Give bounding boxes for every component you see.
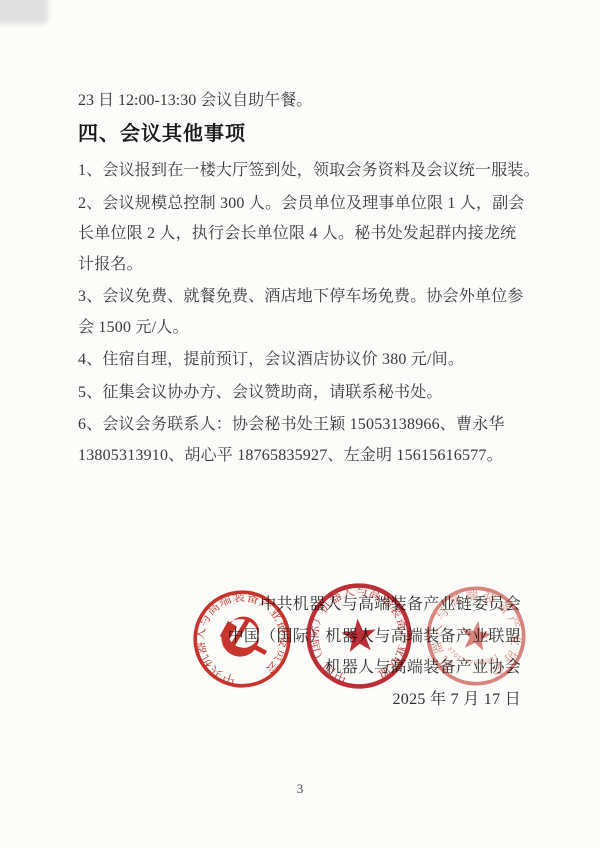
body-line: 5、征集会议协办方、会议赞助商，请联系秘书处。 xyxy=(78,378,544,409)
document-body: 23 日 12:00-13:30 会议自助午餐。 四、会议其他事项 1、会议报到… xyxy=(78,88,544,473)
body-line: 长单位限 2 人，执行会长单位限 4 人。秘书处发起群内接龙统 xyxy=(78,219,544,250)
body-line: 2、会议规模总控制 300 人。会员单位及理事单位限 1 人，副会 xyxy=(78,189,544,220)
section-heading: 四、会议其他事项 xyxy=(78,120,544,148)
body-line: 计报名。 xyxy=(78,250,544,281)
alliance-seal: 中国（国际）机器人与高端装备产业联盟 xyxy=(298,575,419,696)
list-item: 6、会议会务联系人：协会秘书处王颖 15053138966、曹永华 138053… xyxy=(78,410,544,471)
body-line: 1、会议报到在一楼大厅签到处，领取会务资料及会议统一服装。 xyxy=(78,156,544,187)
list-item: 1、会议报到在一楼大厅签到处，领取会务资料及会议统一服装。 xyxy=(78,156,544,187)
body-line: 13805313910、胡心平 18765835927、左金明 15615616… xyxy=(78,441,544,472)
hammer-sickle-icon xyxy=(217,613,268,665)
body-line: 6、会议会务联系人：协会秘书处王颖 15053138966、曹永华 xyxy=(78,410,544,441)
intro-line: 23 日 12:00-13:30 会议自助午餐。 xyxy=(78,88,544,114)
body-line: 3、会议免费、就餐免费、酒店地下停车场免费。协会外单位参 xyxy=(78,282,544,313)
scan-artifact xyxy=(0,0,48,24)
list-item: 3、会议免费、就餐免费、酒店地下停车场免费。协会外单位参 会 1500 元/人。 xyxy=(78,282,544,343)
body-line: 会 1500 元/人。 xyxy=(78,313,544,344)
star-icon xyxy=(459,618,493,651)
list-item: 2、会议规模总控制 300 人。会员单位及理事单位限 1 人，副会 长单位限 2… xyxy=(78,189,544,281)
list-item: 5、征集会议协办方、会议赞助商，请联系秘书处。 xyxy=(78,378,544,409)
seal-rim-text: 中共机器人与高端装备产业链委员会 xyxy=(182,578,301,695)
page-number: 3 xyxy=(0,781,600,797)
svg-text:中共机器人与高端装备产业链委员会: 中共机器人与高端装备产业链委员会 xyxy=(182,578,301,695)
body-line: 4、住宿自理，提前预订，会议酒店协议价 380 元/间。 xyxy=(78,345,544,376)
star-icon xyxy=(341,617,378,652)
association-seal: 机器人与高端装备产业协会 3701207546937 xyxy=(415,575,536,696)
list-item: 4、住宿自理，提前预订，会议酒店协议价 380 元/间。 xyxy=(78,345,544,376)
document-page: 23 日 12:00-13:30 会议自助午餐。 四、会议其他事项 1、会议报到… xyxy=(0,0,600,848)
